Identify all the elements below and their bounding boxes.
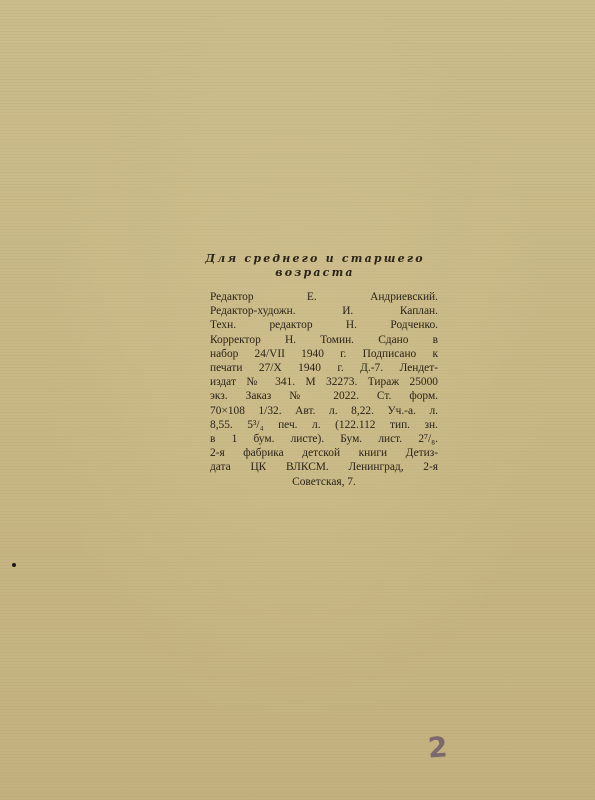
- imprint-line: в 1 бум. листе). Бум. лист. 2⁷/₈.: [210, 432, 438, 446]
- imprint-line: издат № 341. М 32273. Тираж 25000: [210, 375, 438, 389]
- imprint-line: 8,55. 5³/₄ печ. л. (122.112 тип. зн.: [210, 418, 438, 432]
- page-number-stamp: 2: [427, 730, 449, 764]
- imprint-line: Редактор Е. Андриевский.: [210, 290, 438, 304]
- paper-page: Для среднего и старшего возраста Редакто…: [0, 0, 595, 800]
- imprint-line: дата ЦК ВЛКСМ. Ленинград, 2-я: [210, 460, 438, 474]
- imprint-line: 2-я фабрика детской книги Детиз-: [210, 446, 438, 460]
- imprint-block: Редактор Е. Андриевский. Редактор-художн…: [210, 290, 438, 489]
- imprint-line: печати 27/X 1940 г. Д.-7. Лендет-: [210, 361, 438, 375]
- audience-note: Для среднего и старшего возраста: [200, 252, 430, 280]
- imprint-line: Редактор-художн. И. Каплан.: [210, 304, 438, 318]
- imprint-line: Корректор Н. Томин. Сдано в: [210, 333, 438, 347]
- ink-speck: [12, 563, 16, 567]
- imprint-line: 70×108 1/32. Авт. л. 8,22. Уч.-а. л.: [210, 404, 438, 418]
- imprint-line: экз. Заказ № 2022. Ст. форм.: [210, 389, 438, 403]
- imprint-line: набор 24/VII 1940 г. Подписано к: [210, 347, 438, 361]
- imprint-line: Техн. редактор Н. Родченко.: [210, 318, 438, 332]
- imprint-line: Советская, 7.: [210, 475, 438, 489]
